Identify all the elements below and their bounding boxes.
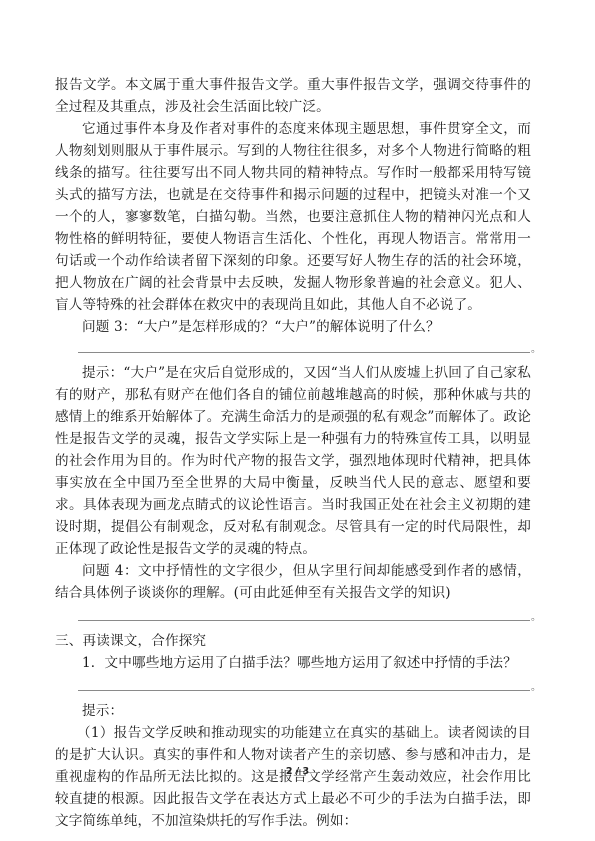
answer-underline bbox=[78, 620, 530, 621]
answer-line-section-3-question-1[interactable]: 。 bbox=[78, 678, 531, 700]
question-4: 问题 4：文中抒情性的文字很少，但从字里行间却能感受到作者的感情，结合具体例子谈… bbox=[55, 560, 531, 604]
answer-line-period: 。 bbox=[531, 608, 541, 623]
document-page: 报告文学。本文属于重大事件报告文学。重大事件报告文学，强调交待事件的全过程及其重… bbox=[55, 74, 531, 832]
question-3: 问题 3：“大户”是怎样形成的？“大户”的解体说明了什么？ bbox=[55, 316, 531, 338]
answer-line-period: 。 bbox=[531, 340, 541, 355]
paragraph-character-description: 它通过事件本身及作者对事件的态度来体现主题思想，事件贯穿全文，而人物刻划则服从于… bbox=[55, 118, 531, 316]
answer-line-question-4[interactable]: 。 bbox=[78, 608, 531, 630]
paragraph-reportage-type: 报告文学。本文属于重大事件报告文学。重大事件报告文学，强调交待事件的全过程及其重… bbox=[55, 74, 531, 118]
answer-line-period: 。 bbox=[531, 678, 541, 693]
answer-line-question-3[interactable]: 。 bbox=[78, 340, 531, 362]
section-3-question-1: 1．文中哪些地方运用了白描手法？哪些地方运用了叙述中抒情的手法？ bbox=[55, 652, 531, 674]
section-3-hint-label: 提示： bbox=[55, 700, 531, 722]
answer-underline bbox=[78, 352, 530, 353]
section-3-heading: 三、再读课文，合作探究 bbox=[55, 630, 531, 652]
hint-question-3: 提示：“大户”是在灾后自觉形成的，又因“当人们从废墟上扒回了自己家私有的财产，那… bbox=[55, 362, 531, 560]
answer-underline bbox=[78, 690, 530, 691]
section-3-hint-1: （1）报告文学反映和推动现实的功能建立在真实的基础上。读者阅读的目的是扩大认识。… bbox=[55, 722, 531, 832]
page-number: 2 / 3 bbox=[0, 766, 595, 777]
